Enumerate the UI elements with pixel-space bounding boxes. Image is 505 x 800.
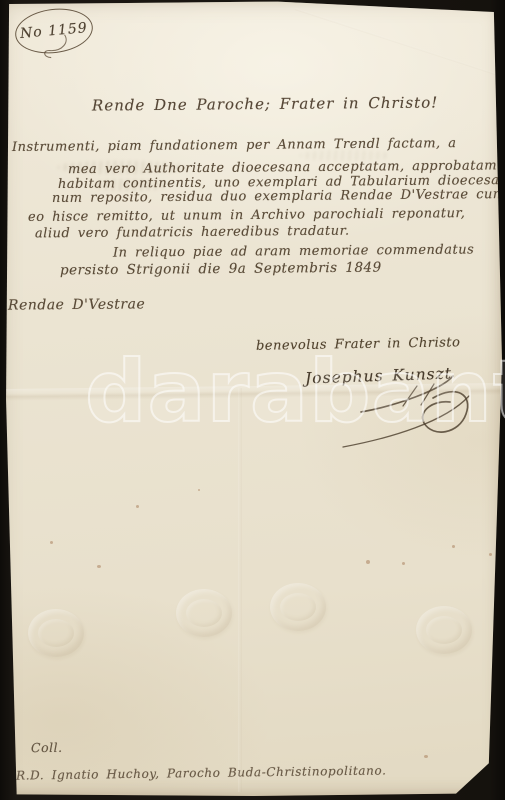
body-line: aliud vero fundatricis haeredibus tradat… xyxy=(35,224,350,242)
embossed-seal xyxy=(416,606,472,654)
closing-line: In reliquo piae ad aram memoriae commend… xyxy=(113,242,474,260)
registry-stamp: No 1159 xyxy=(13,4,96,57)
foxing-speck xyxy=(136,505,139,508)
valediction-line: benevolus Frater in Christo xyxy=(256,335,461,354)
foxing-speck xyxy=(198,489,200,491)
collation-line: R.D. Ignatio Huchoy, Parocho Buda-Christ… xyxy=(16,763,387,782)
foxing-speck xyxy=(97,565,101,568)
vertical-fold-crease xyxy=(238,388,242,792)
closing-line-dateline: persisto Strigonii die 9a Septembris 184… xyxy=(60,260,382,279)
diagonal-crease xyxy=(295,8,505,84)
signature-flourish xyxy=(333,368,503,453)
body-line: eo hisce remitto, ut unum in Archivo par… xyxy=(28,206,466,225)
body-line: num reposito, residua duo exemplaria Ren… xyxy=(52,187,505,206)
addressee-line: Rendae D'Vestrae xyxy=(8,296,145,313)
foxing-speck xyxy=(50,541,53,544)
letter-paper: No 1159 Rende Dne Paroche; Frater in Chr… xyxy=(0,0,505,800)
body-line: Instrumenti, piam fundationem per Annam … xyxy=(12,136,457,155)
foxing-speck xyxy=(366,560,370,564)
salutation-line: Rende Dne Paroche; Frater in Christo! xyxy=(92,93,438,114)
stamp-flourish xyxy=(35,34,77,61)
collation-label: Coll. xyxy=(31,740,63,755)
embossed-seal xyxy=(270,583,326,631)
foxing-speck xyxy=(424,755,428,758)
foxing-speck xyxy=(452,545,455,548)
foxing-speck xyxy=(402,562,405,565)
foxing-speck xyxy=(489,553,492,556)
embossed-seal xyxy=(176,589,232,637)
photo-frame: No 1159 Rende Dne Paroche; Frater in Chr… xyxy=(0,0,505,800)
embossed-seal xyxy=(28,609,84,657)
